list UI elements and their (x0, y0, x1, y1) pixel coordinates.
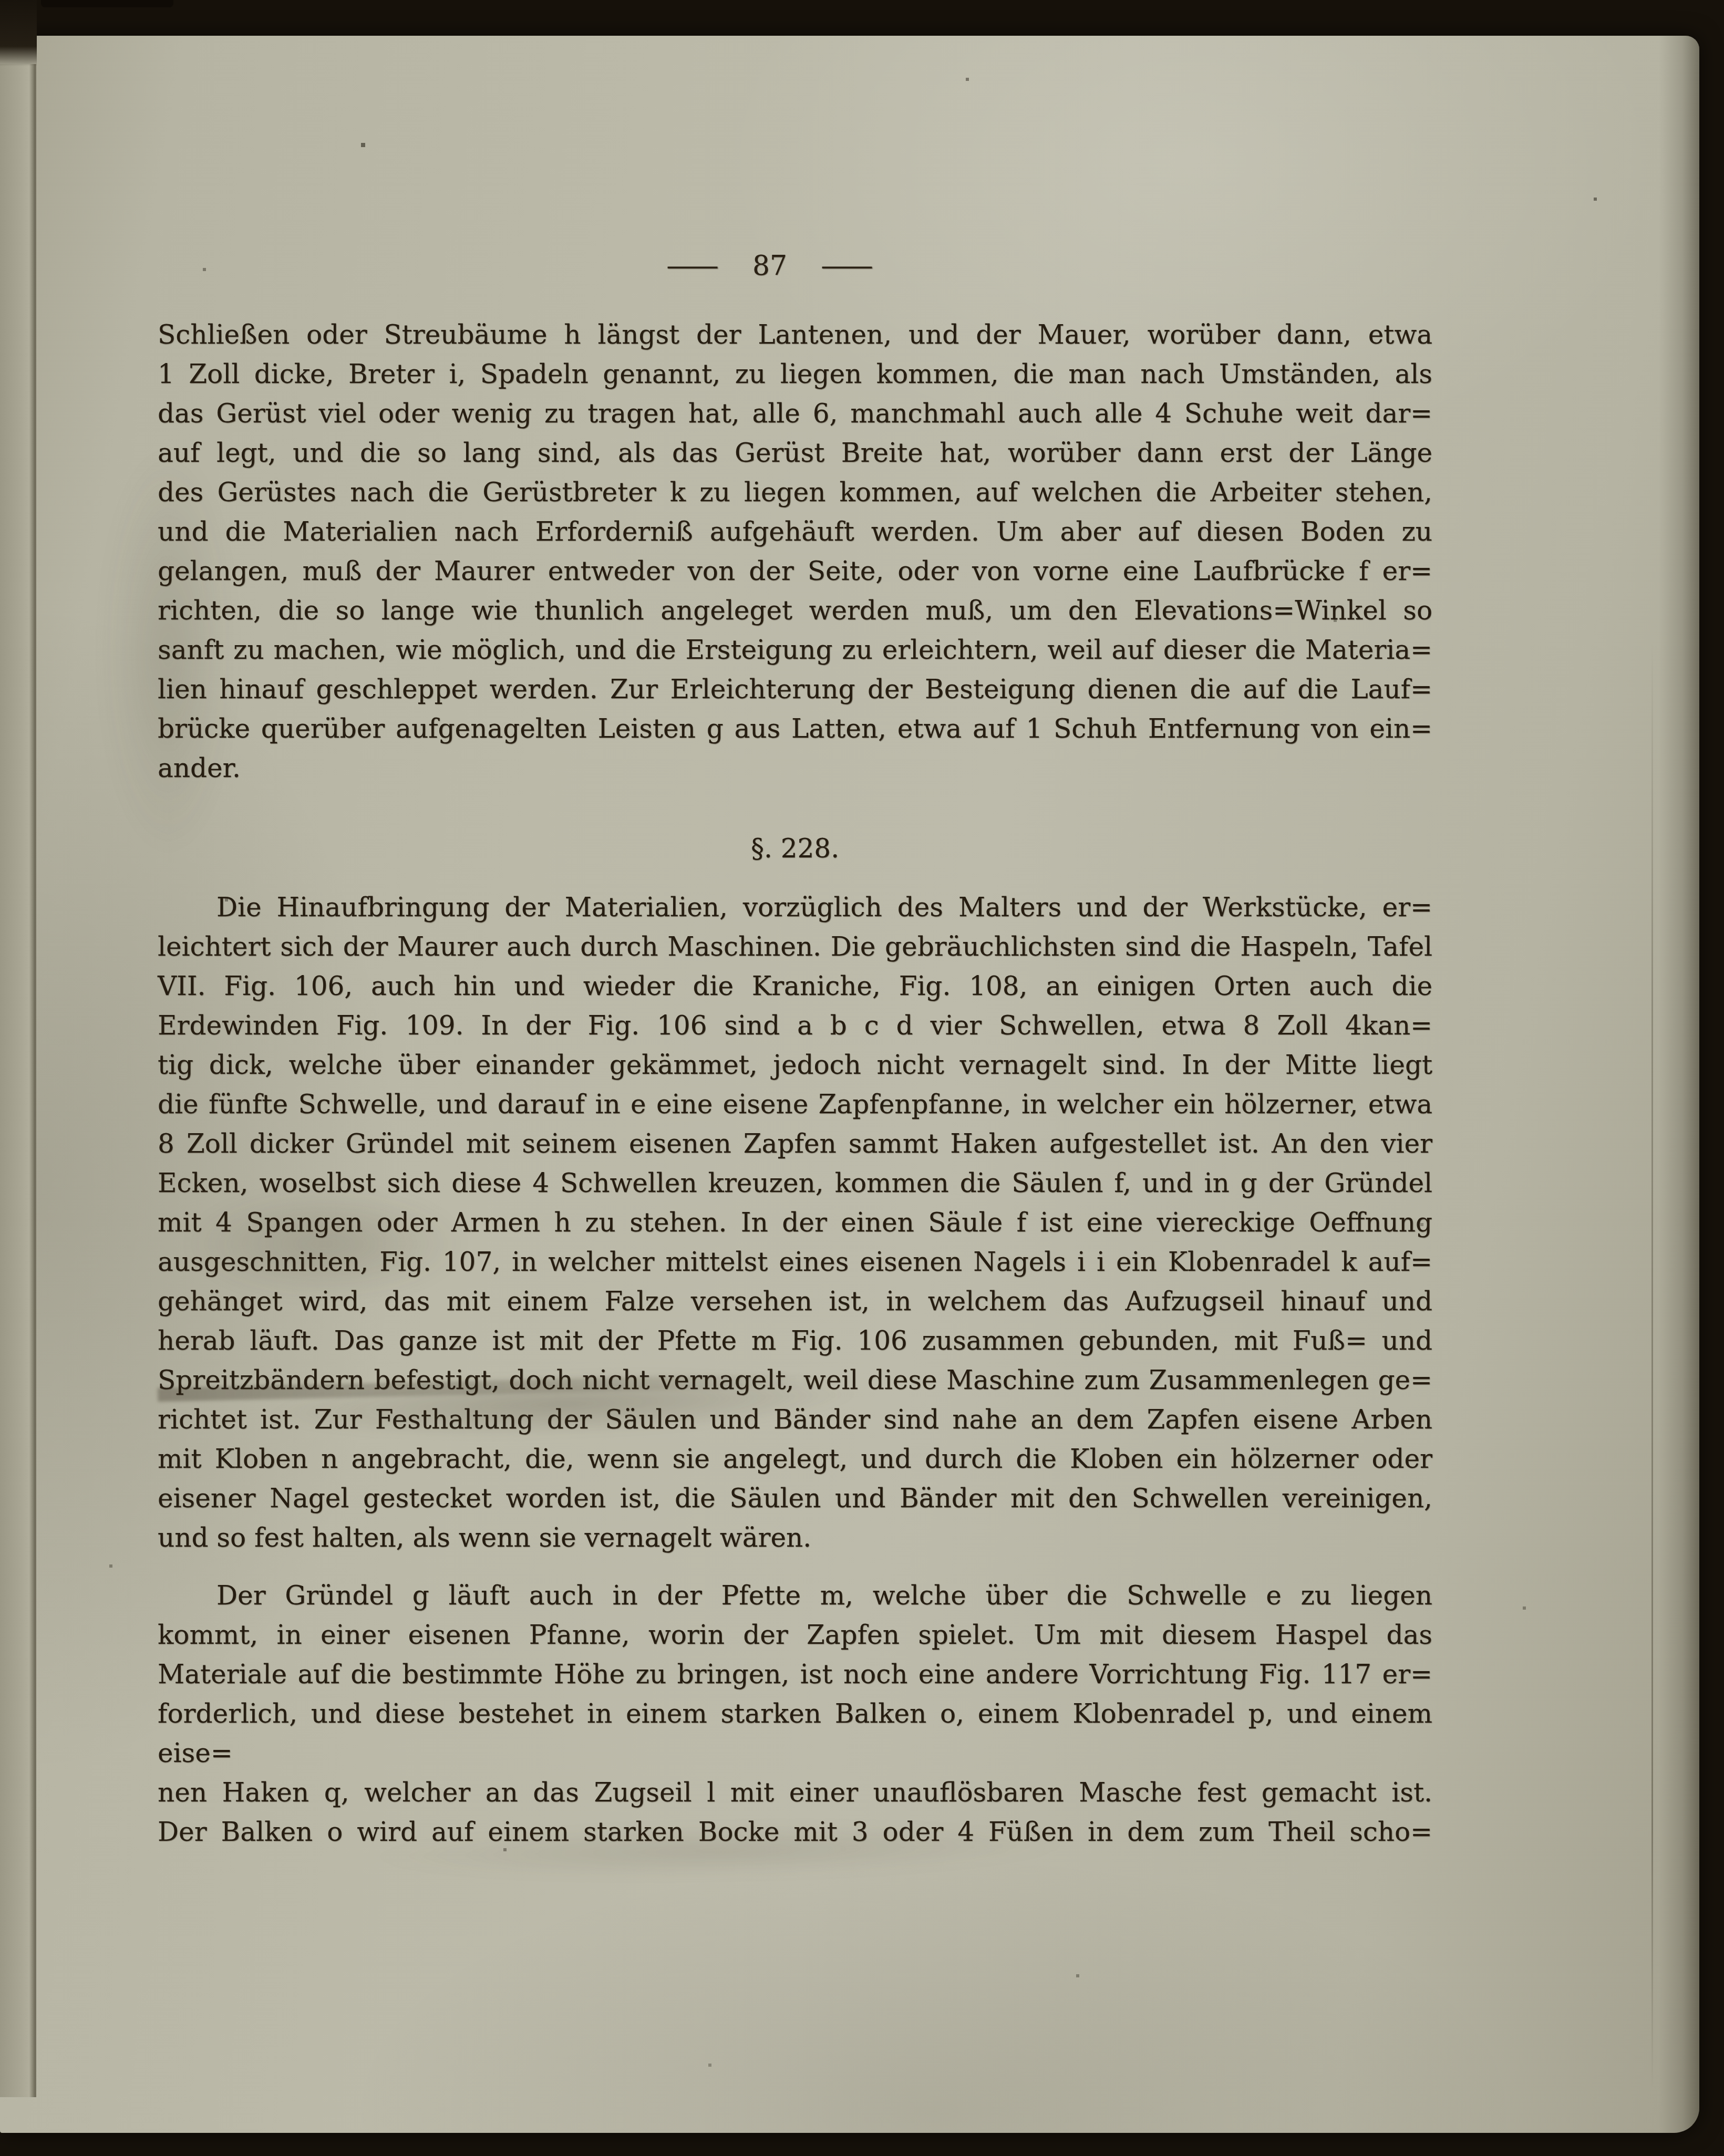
text-line: und so fest halten, als wenn sie vernage… (158, 1518, 1432, 1558)
scan-corner-shadow (0, 0, 37, 66)
text-line: Spreitzbändern befestigt, doch nicht ver… (158, 1361, 1432, 1400)
text-line: VII. Fig. 106, auch hin und wieder die K… (158, 967, 1432, 1006)
text-line: leichtert sich der Maurer auch durch Mas… (158, 927, 1432, 967)
text-line: ausgeschnitten, Fig. 107, in welcher mit… (158, 1242, 1432, 1282)
text-line: mit 4 Spangen oder Armen h zu stehen. In… (158, 1203, 1432, 1242)
text-line: des Gerüstes nach die Gerüstbreter k zu … (158, 473, 1432, 512)
header-dash-right: — (820, 250, 874, 282)
text-line: Die Hinaufbringung der Materialien, vorz… (158, 888, 1432, 927)
text-line: nen Haken q, welcher an das Zugseil l mi… (158, 1773, 1432, 1812)
text-line: Der Gründel g läuft auch in der Pfette m… (158, 1576, 1432, 1615)
text-line: gehänget wird, das mit einem Falze verse… (158, 1282, 1432, 1321)
text-line: mit Kloben n angebracht, die, wenn sie a… (158, 1439, 1432, 1479)
book-page: —87— Schließen oder Streubäume h längst … (0, 36, 1699, 2133)
text-line: Materiale auf die bestimmte Höhe zu brin… (158, 1655, 1432, 1694)
text-line: Schließen oder Streubäume h längst der L… (158, 315, 1432, 355)
text-line: kommt, in einer eisenen Pfanne, worin de… (158, 1615, 1432, 1655)
text-line: 1 Zoll dicke, Breter i, Spadeln genannt,… (158, 355, 1432, 394)
page-number-header: —87— (158, 250, 1382, 282)
text-line: die fünfte Schwelle, und darauf in e ein… (158, 1085, 1432, 1124)
text-line: forderlich, und diese bestehet in einem … (158, 1694, 1432, 1773)
text-line: und die Materialien nach Erforderniß auf… (158, 512, 1432, 552)
text-line: Erdewinden Fig. 109. In der Fig. 106 sin… (158, 1006, 1432, 1045)
text-line: gelangen, muß der Maurer entweder von de… (158, 552, 1432, 591)
text-line: richten, die so lange wie thunlich angel… (158, 591, 1432, 630)
paragraph-3: Der Gründel g läuft auch in der Pfette m… (158, 1576, 1432, 1852)
text-line: richtet ist. Zur Festhaltung der Säulen … (158, 1400, 1432, 1439)
scan-top-notch (41, 0, 173, 7)
page-edge-crease (1651, 640, 1653, 2090)
text-line: herab läuft. Das ganze ist mit der Pfett… (158, 1321, 1432, 1361)
page-fore-edge (1649, 36, 1699, 2133)
text-line: das Gerüst viel oder wenig zu tragen hat… (158, 394, 1432, 433)
header-dash-left: — (665, 250, 720, 282)
paper-specks (0, 0, 1, 1)
text-line: Der Balken o wird auf einem starken Bock… (158, 1812, 1432, 1852)
paragraph-2: Die Hinaufbringung der Materialien, vorz… (158, 888, 1432, 1558)
text-line: Ecken, woselbst sich diese 4 Schwellen k… (158, 1164, 1432, 1203)
text-line: sanft zu machen, wie möglich, und die Er… (158, 630, 1432, 670)
text-line: auf legt, und die so lang sind, als das … (158, 433, 1432, 473)
adjacent-page-edge (0, 64, 36, 2097)
section-heading: §. 228. (158, 829, 1432, 868)
text-line: tig dick, welche über einander gekämmet,… (158, 1045, 1432, 1085)
text-line: 8 Zoll dicker Gründel mit seinem eisenen… (158, 1124, 1432, 1164)
text-line: eisener Nagel gestecket worden ist, die … (158, 1479, 1432, 1518)
text-line: lien hinauf geschleppet werden. Zur Erle… (158, 670, 1432, 709)
text-line: ander. (158, 749, 1432, 788)
text-block: Schließen oder Streubäume h längst der L… (158, 315, 1432, 1852)
text-line: brücke querüber aufgenagelten Leisten g … (158, 709, 1432, 749)
paragraph-1: Schließen oder Streubäume h längst der L… (158, 315, 1432, 788)
page-number: 87 (752, 250, 787, 282)
